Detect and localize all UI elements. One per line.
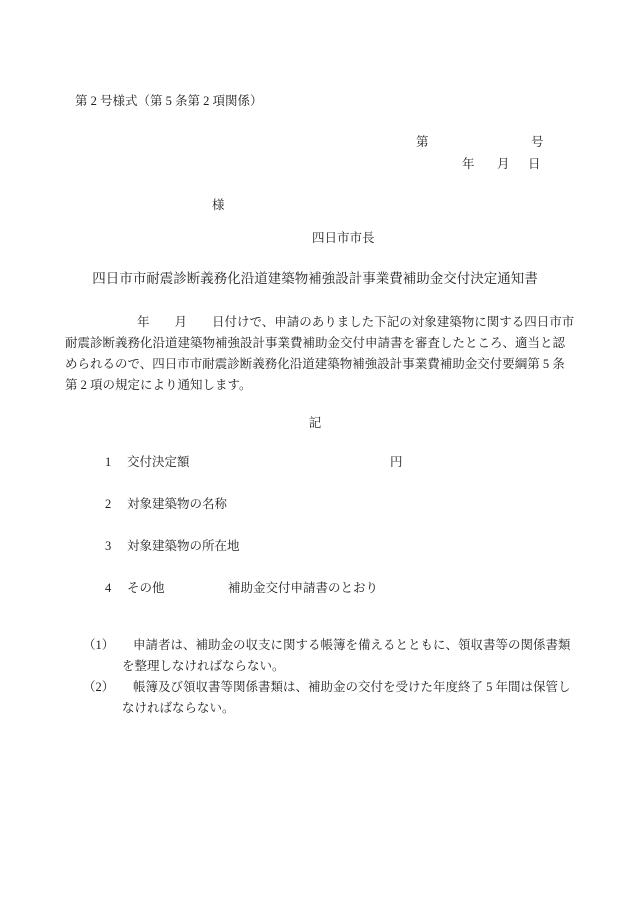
note-text-line: 帳簿及び領収書等関係書類は、補助金の交付を受けた年度終了 5 年間は保管し: [133, 681, 571, 694]
item-label: 交付決定額: [127, 456, 190, 469]
doc-number-prefix: 第: [416, 136, 429, 149]
item-label: その他: [127, 582, 165, 595]
item-row-other: 4 その他 補助金交付申請書のとおり: [0, 582, 630, 596]
document-title: 四日市市耐震診断義務化沿道建築物補強設計事業費補助金交付決定通知書: [0, 272, 630, 286]
body-paragraph-line: 第 2 項の規定により通知します。: [65, 379, 252, 392]
body-paragraph-line: 年 月 日付けで、申請のありました下記の対象建築物に関する四日市市: [137, 316, 574, 329]
form-number: 第 2 号様式（第 5 条第 2 項関係）: [75, 95, 263, 108]
note-text-line: を整理しなければならない。: [122, 660, 285, 673]
item-value-yen-unit: 円: [390, 456, 403, 469]
date-month-label: 月: [497, 158, 510, 171]
item-label: 対象建築物の所在地: [127, 540, 240, 553]
item-row-building-location: 3 対象建築物の所在地: [0, 540, 630, 554]
item-value-other: 補助金交付申請書のとおり: [228, 582, 378, 595]
item-number: 3: [105, 540, 111, 553]
doc-number-suffix: 号: [531, 136, 544, 149]
item-number: 2: [105, 498, 111, 511]
date-year-label: 年: [462, 158, 475, 171]
item-number: 1: [105, 456, 111, 469]
note-marker: （1）: [83, 639, 114, 652]
item-label: 対象建築物の名称: [127, 498, 227, 511]
item-row-grant-amount: 1 交付決定額 円: [0, 456, 630, 470]
sender-mayor: 四日市市長: [312, 232, 375, 245]
body-paragraph-line: められるので、四日市市耐震診断義務化沿道建築物補強設計事業費補助金交付要綱第 5…: [65, 358, 565, 371]
note-text-line: 申請者は、補助金の収支に関する帳簿を備えるとともに、領収書等の関係書類: [133, 639, 571, 652]
note-marker: （2）: [83, 681, 114, 694]
date-day-label: 日: [528, 158, 541, 171]
body-paragraph-line: 耐震診断義務化沿道建築物補強設計事業費補助金交付申請書を審査したところ、適当と認: [65, 337, 565, 350]
item-row-building-name: 2 対象建築物の名称: [0, 498, 630, 512]
grant-decision-notice-page: 第 2 号様式（第 5 条第 2 項関係） 第 号 年 月 日 様 四日市市長 …: [0, 0, 630, 903]
record-marker: 記: [0, 417, 630, 430]
note-text-line: なければならない。: [122, 702, 235, 715]
item-number: 4: [105, 582, 111, 595]
addressee-honorific: 様: [212, 199, 225, 212]
